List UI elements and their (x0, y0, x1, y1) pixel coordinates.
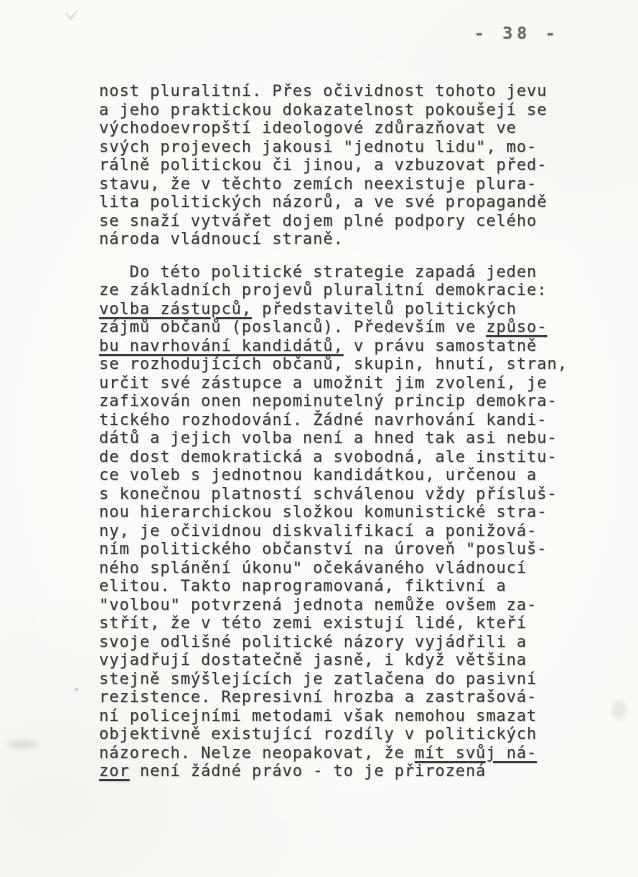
page-number: - 38 - (474, 24, 559, 44)
text-segment: lita politických názorů, a ve své propag… (99, 192, 547, 211)
text-segment: ze základních projevů pluralitní demokra… (99, 280, 547, 299)
text-line: národa vládnoucí straně. (99, 230, 599, 249)
text-segment: ním politického občanství na úroveň "pos… (99, 539, 547, 558)
text-line: ze základních projevů pluralitní demokra… (99, 281, 599, 300)
text-segment: není žádné právo - to je přirozená (130, 761, 486, 780)
text-line: ním politického občanství na úroveň "pos… (99, 540, 599, 559)
text-line: stavu, že v těchto zemích neexistuje plu… (99, 175, 599, 194)
text-segment: elitou. Takto naprogramovaná, fiktivní a (99, 576, 506, 595)
scan-artifact-smudge (612, 700, 626, 720)
document-text: nost pluralitní. Přes očividnost tohoto … (99, 82, 599, 781)
text-segment: s konečnou platností schválenou vždy pří… (99, 484, 557, 503)
text-segment: tického rozhodování. Žádné navrhování ka… (99, 410, 547, 429)
underlined-text: bu navrhování kandidátů, (99, 336, 343, 355)
text-line: názorech. Nelze neopakovat, že mít svůj … (99, 744, 599, 763)
text-line: zor není žádné právo - to je přirozená (99, 762, 599, 781)
text-segment: ce voleb s jednotnou kandidátkou, určeno… (99, 465, 537, 484)
paragraph: Do této politické strategie zapadá jeden… (99, 263, 599, 781)
text-segment: Do této politické strategie zapadá jeden (99, 262, 537, 281)
text-segment: stejně smýšlejících je zatlačena do pasi… (99, 669, 537, 688)
scan-artifact-smudge (8, 740, 38, 749)
text-segment: určit své zástupce a umožnit jim zvolení… (99, 373, 547, 392)
text-line: "volbou" potvrzená jednota nemůže ovšem … (99, 596, 599, 615)
text-line: se rozhodujících občanů, skupin, hnutí, … (99, 355, 599, 374)
text-segment: názorech. Nelze neopakovat, že (99, 743, 415, 762)
underlined-text: zor (99, 761, 130, 780)
underlined-text: způso- (486, 317, 547, 336)
text-segment: východoevropští ideologové zdůrazňovat v… (99, 118, 517, 137)
text-segment: zájmů občanů (poslanců). Především ve (99, 317, 486, 336)
text-line: určit své zástupce a umožnit jim zvolení… (99, 374, 599, 393)
text-segment: stavu, že v těchto zemích neexistuje plu… (99, 174, 537, 193)
text-line: zafixován onen nepominutelný princip dem… (99, 392, 599, 411)
text-segment: nost pluralitní. Přes očividnost tohoto … (99, 81, 547, 100)
text-segment: ny, je očividnou diskvalifikací a ponižo… (99, 521, 537, 540)
text-segment: objektivně existující rozdíly v politick… (99, 724, 537, 743)
text-line: svoje odlišné politické názory vyjádřili… (99, 633, 599, 652)
text-line: se snaží vytvářet dojem plné podpory cel… (99, 212, 599, 231)
text-segment: národa vládnoucí straně. (99, 229, 343, 248)
text-line: ní policejními metodami však nemohou sma… (99, 707, 599, 726)
text-line: ny, je očividnou diskvalifikací a ponižo… (99, 522, 599, 541)
text-segment: dátů a jejich volba není a hned tak asi … (99, 428, 557, 447)
text-line: zájmů občanů (poslanců). Především ve zp… (99, 318, 599, 337)
text-segment: ní policejními metodami však nemohou sma… (99, 706, 537, 725)
text-segment: svých projevech jakousi "jednotu lidu", … (99, 137, 537, 156)
text-line: stejně smýšlejících je zatlačena do pasi… (99, 670, 599, 689)
text-segment: se snaží vytvářet dojem plné podpory cel… (99, 211, 537, 230)
text-line: rálně politickou či jinou, a vzbuzovat p… (99, 156, 599, 175)
text-line: nost pluralitní. Přes očividnost tohoto … (99, 82, 599, 101)
text-line: dátů a jejich volba není a hned tak asi … (99, 429, 599, 448)
text-segment: a jeho praktickou dokazatelnost pokoušej… (99, 100, 547, 119)
text-line: volba zástupců, představitelů politickýc… (99, 300, 599, 319)
text-line: objektivně existující rozdíly v politick… (99, 725, 599, 744)
text-segment: "volbou" potvrzená jednota nemůže ovšem … (99, 595, 537, 614)
text-line: de dost demokratická a svobodná, ale ins… (99, 448, 599, 467)
text-line: lita politických názorů, a ve své propag… (99, 193, 599, 212)
text-line: střít, že v této zemi existují lidé, kte… (99, 614, 599, 633)
scanned-page: - 38 - nost pluralitní. Přes očividnost … (0, 0, 638, 877)
text-line: s konečnou platností schválenou vždy pří… (99, 485, 599, 504)
text-line: rezistence. Represivní hrozba a zastrašo… (99, 688, 599, 707)
text-line: ného splánění úkonu" očekávaného vládnou… (99, 559, 599, 578)
text-segment: de dost demokratická a svobodná, ale ins… (99, 447, 557, 466)
text-segment: svoje odlišné politické názory vyjádřili… (99, 632, 527, 651)
text-line: svých projevech jakousi "jednotu lidu", … (99, 138, 599, 157)
underlined-text: volba zástupců, (99, 299, 252, 318)
scan-artifact-dot (75, 688, 78, 691)
text-line: nou hierarchickou složkou komunistické s… (99, 503, 599, 522)
text-segment: ného splánění úkonu" očekávaného vládnou… (99, 558, 527, 577)
text-segment: střít, že v této zemi existují lidé, kte… (99, 613, 527, 632)
text-segment: rezistence. Represivní hrozba a zastrašo… (99, 687, 537, 706)
text-segment: v právu samostatně (343, 336, 536, 355)
underlined-text: mít svůj ná- (415, 743, 537, 762)
text-line: východoevropští ideologové zdůrazňovat v… (99, 119, 599, 138)
text-segment: představitelů politických (252, 299, 517, 318)
text-segment: se rozhodujících občanů, skupin, hnutí, … (99, 354, 567, 373)
paragraph: nost pluralitní. Přes očividnost tohoto … (99, 82, 599, 249)
text-segment: rálně politickou či jinou, a vzbuzovat p… (99, 155, 547, 174)
text-segment: nou hierarchickou složkou komunistické s… (99, 502, 547, 521)
text-segment: zafixován onen nepominutelný princip dem… (99, 391, 557, 410)
text-line: Do této politické strategie zapadá jeden (99, 263, 599, 282)
text-line: ce voleb s jednotnou kandidátkou, určeno… (99, 466, 599, 485)
text-line: tického rozhodování. Žádné navrhování ka… (99, 411, 599, 430)
scan-artifact-checkmark (65, 6, 77, 21)
text-line: vyjadřují dostatečně jasně, i když větši… (99, 651, 599, 670)
text-segment: vyjadřují dostatečně jasně, i když větši… (99, 650, 527, 669)
text-line: elitou. Takto naprogramovaná, fiktivní a (99, 577, 599, 596)
text-line: bu navrhování kandidátů, v právu samosta… (99, 337, 599, 356)
text-line: a jeho praktickou dokazatelnost pokoušej… (99, 101, 599, 120)
